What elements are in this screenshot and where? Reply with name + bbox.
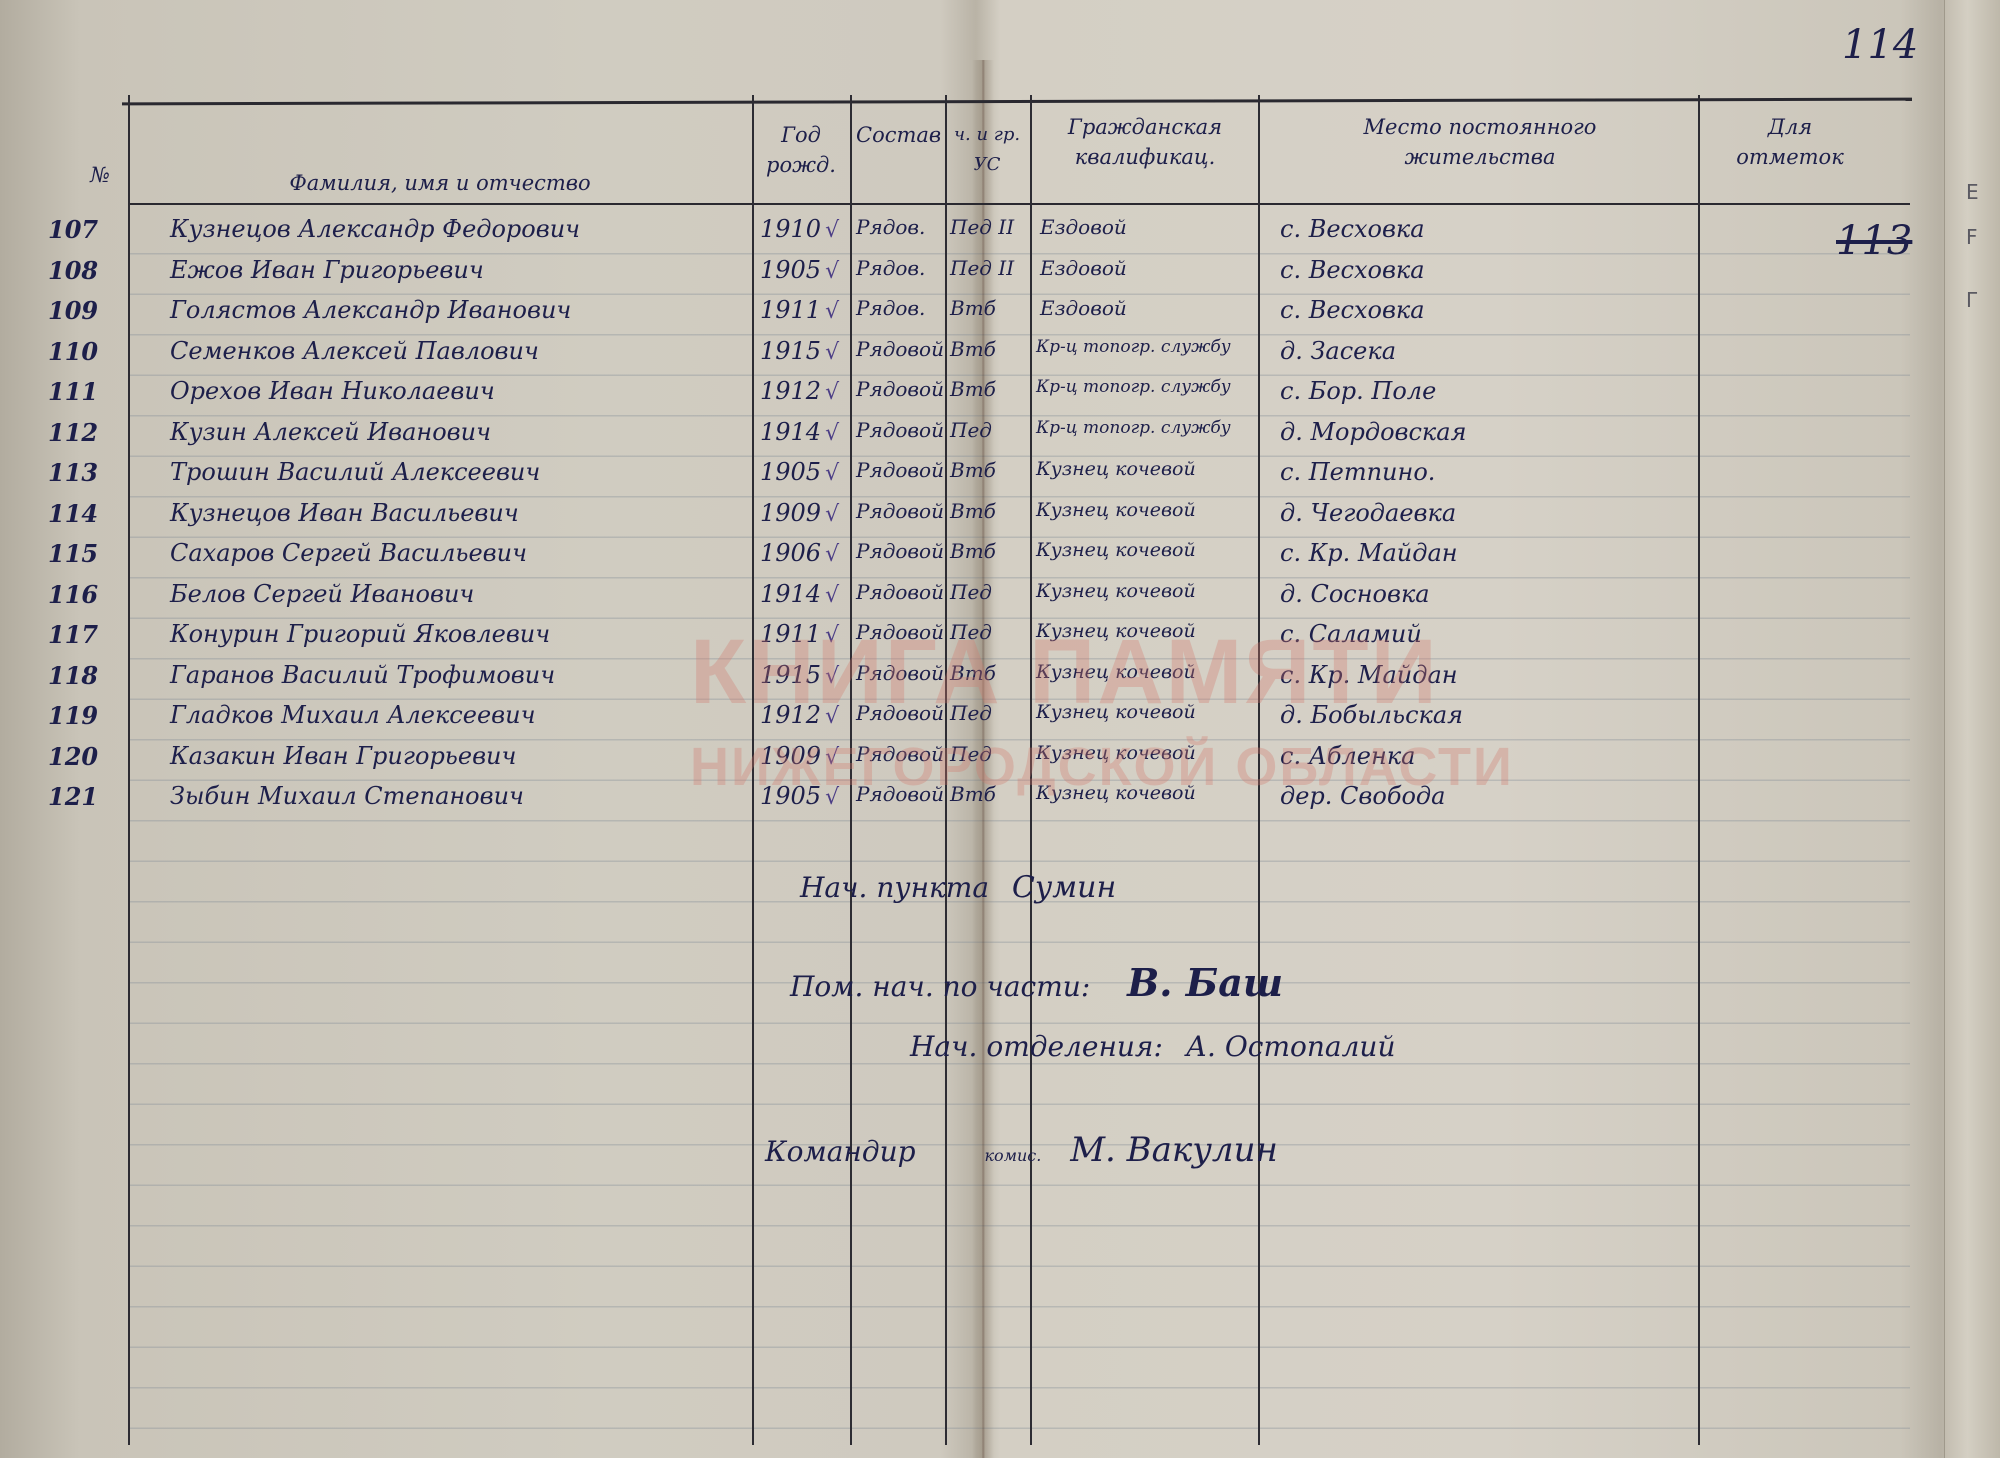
- check-mark-icon: √: [825, 461, 839, 486]
- row-name: Кузнецов Иван Васильевич: [170, 499, 519, 527]
- row-occupation: Кузнец кочевой: [1036, 458, 1196, 480]
- row-name: Гаранов Василий Трофимович: [170, 661, 555, 689]
- signature-row: Пом. нач. по части: В. Баш: [790, 960, 1283, 1005]
- year-value: 1909: [760, 499, 821, 527]
- check-mark-icon: √: [825, 259, 839, 284]
- row-year: 1911√: [760, 296, 839, 324]
- page-number: 114: [1842, 22, 1918, 68]
- row-rank: Рядов.: [856, 256, 925, 280]
- row-name: Ежов Иван Григорьевич: [170, 256, 484, 284]
- signature-row: Нач. отделения: А. Остопалий: [910, 1030, 1395, 1063]
- signature-label: Нач. отделения:: [910, 1030, 1163, 1063]
- row-residence: д. Чегодаевка: [1280, 499, 1456, 527]
- year-value: 1911: [760, 296, 821, 324]
- row-rank: Рядовой: [856, 499, 944, 523]
- header-name: Фамилия, имя и отчество: [170, 168, 710, 198]
- row-residence: д. Мордовская: [1280, 418, 1466, 446]
- row-residence: с. Кр. Майдан: [1280, 539, 1458, 567]
- row-rank: Рядовой: [856, 337, 944, 361]
- header-bottom-border: [130, 203, 1910, 205]
- margin-letter: Е: [1966, 180, 1979, 204]
- row-unit: Втб: [950, 296, 996, 320]
- row-unit: Втб: [950, 539, 996, 563]
- row-occupation: Кр-ц топогр. службу: [1036, 337, 1231, 357]
- row-year: 1906√: [760, 539, 839, 567]
- row-year: 1915√: [760, 337, 839, 365]
- check-mark-icon: √: [825, 542, 839, 567]
- row-year: 1910√: [760, 215, 839, 243]
- margin-letter: Г: [1966, 288, 1978, 312]
- divider-num-name: [128, 95, 130, 1445]
- row-unit: Пед: [950, 418, 992, 442]
- row-unit: Пед II: [950, 215, 1014, 239]
- header-top-border: [122, 98, 1912, 106]
- row-residence: с. Бор. Поле: [1280, 377, 1436, 405]
- row-name: Казакин Иван Григорьевич: [170, 742, 516, 770]
- row-occupation: Кузнец кочевой: [1036, 539, 1196, 561]
- row-number: 114: [48, 499, 98, 528]
- year-value: 1915: [760, 337, 821, 365]
- row-occupation: Кузнец кочевой: [1036, 499, 1196, 521]
- row-rank: Рядовой: [856, 458, 944, 482]
- row-name: Сахаров Сергей Васильевич: [170, 539, 527, 567]
- signature-label: Нач. пункта: [800, 871, 989, 904]
- row-number: 116: [48, 580, 98, 609]
- header-occupation: Гражданская квалификац.: [1036, 112, 1254, 172]
- row-number: 112: [48, 418, 98, 447]
- row-name: Кузин Алексей Иванович: [170, 418, 491, 446]
- row-name: Орехов Иван Николаевич: [170, 377, 495, 405]
- row-residence: д. Засека: [1280, 337, 1396, 365]
- row-unit: Пед II: [950, 256, 1014, 280]
- signature: В. Баш: [1127, 960, 1283, 1005]
- year-value: 1914: [760, 418, 821, 446]
- signature: А. Остопалий: [1186, 1030, 1396, 1063]
- row-year: 1914√: [760, 580, 839, 608]
- year-value: 1914: [760, 580, 821, 608]
- year-value: 1905: [760, 458, 821, 486]
- signature-label: Пом. нач. по части:: [790, 970, 1090, 1003]
- row-residence: д. Сосновка: [1280, 580, 1430, 608]
- signature: Сумин: [1012, 870, 1116, 905]
- row-residence: с. Весховка: [1280, 296, 1425, 324]
- row-number: 119: [48, 701, 98, 730]
- row-rank: Рядовой: [856, 580, 944, 604]
- row-number: 117: [48, 620, 98, 649]
- row-name: Зыбин Михаил Степанович: [170, 782, 524, 810]
- signature-role: комис.: [985, 1146, 1042, 1165]
- header-num: №: [80, 160, 120, 190]
- year-value: 1905: [760, 256, 821, 284]
- header-notes: Для отметок: [1720, 112, 1860, 172]
- year-value: 1910: [760, 215, 821, 243]
- year-value: 1906: [760, 539, 821, 567]
- year-value: 1912: [760, 377, 821, 405]
- check-mark-icon: √: [825, 502, 839, 527]
- row-name: Конурин Григорий Яковлевич: [170, 620, 550, 648]
- row-number: 111: [48, 377, 98, 406]
- row-residence: с. Петпино.: [1280, 458, 1435, 486]
- row-occupation: Кузнец кочевой: [1036, 580, 1196, 602]
- check-mark-icon: √: [825, 299, 839, 324]
- row-unit: Втб: [950, 499, 996, 523]
- row-number: 108: [48, 256, 98, 285]
- ledger-spread: 114 113 № Фамилия, имя и отчество Год ро…: [0, 0, 2000, 1458]
- check-mark-icon: √: [825, 340, 839, 365]
- row-number: 118: [48, 661, 98, 690]
- row-unit: Втб: [950, 377, 996, 401]
- signature-row: Нач. пункта Сумин: [800, 870, 1116, 905]
- row-number: 120: [48, 742, 98, 771]
- row-occupation: Ездовой: [1040, 296, 1127, 320]
- row-unit: Втб: [950, 458, 996, 482]
- check-mark-icon: √: [825, 218, 839, 243]
- header-unit: ч. и гр. УС: [946, 120, 1028, 180]
- row-occupation: Ездовой: [1040, 215, 1127, 239]
- header-rank: Состав: [856, 120, 941, 150]
- check-mark-icon: √: [825, 380, 839, 405]
- row-year: 1914√: [760, 418, 839, 446]
- row-rank: Рядов.: [856, 296, 925, 320]
- row-occupation: Ездовой: [1040, 256, 1127, 280]
- row-residence: с. Весховка: [1280, 215, 1425, 243]
- row-number: 110: [48, 337, 98, 366]
- header-year: Год рожд.: [756, 120, 846, 180]
- page-edge: [1944, 0, 2000, 1458]
- signature: М. Вакулин: [1070, 1130, 1278, 1170]
- row-name: Белов Сергей Иванович: [170, 580, 474, 608]
- row-name: Гладков Михаил Алексеевич: [170, 701, 536, 729]
- check-mark-icon: √: [825, 583, 839, 608]
- signature-row: Командир комис. М. Вакулин: [765, 1130, 1278, 1170]
- signature-label: Командир: [765, 1135, 916, 1168]
- row-rank: Рядовой: [856, 418, 944, 442]
- row-rank: Рядовой: [856, 539, 944, 563]
- row-unit: Втб: [950, 337, 996, 361]
- row-number: 115: [48, 539, 98, 568]
- check-mark-icon: √: [825, 421, 839, 446]
- row-residence: с. Весховка: [1280, 256, 1425, 284]
- row-number: 121: [48, 782, 98, 811]
- row-name: Трошин Василий Алексеевич: [170, 458, 540, 486]
- row-number: 113: [48, 458, 98, 487]
- row-rank: Рядов.: [856, 215, 925, 239]
- row-occupation: Кр-ц топогр. службу: [1036, 377, 1231, 397]
- watermark-line1: КНИГА ПАМЯТИ: [690, 620, 1439, 725]
- row-number: 109: [48, 296, 98, 325]
- row-number: 107: [48, 215, 98, 244]
- row-year: 1905√: [760, 458, 839, 486]
- row-year: 1912√: [760, 377, 839, 405]
- header-residence: Место постоянного жительства: [1290, 112, 1670, 172]
- divider-residence-notes: [1698, 95, 1700, 1445]
- row-occupation: Кр-ц топогр. службу: [1036, 418, 1231, 438]
- row-year: 1905√: [760, 256, 839, 284]
- margin-letter: F: [1966, 225, 1978, 249]
- row-rank: Рядовой: [856, 377, 944, 401]
- watermark-line2: НИЖЕГОРОДСКОЙ ОБЛАСТИ: [690, 736, 1514, 798]
- row-unit: Пед: [950, 580, 992, 604]
- row-name: Семенков Алексей Павлович: [170, 337, 539, 365]
- row-name: Кузнецов Александр Федорович: [170, 215, 580, 243]
- page-number-crossed: 113: [1836, 218, 1912, 264]
- row-name: Голястов Александр Иванович: [170, 296, 571, 324]
- row-year: 1909√: [760, 499, 839, 527]
